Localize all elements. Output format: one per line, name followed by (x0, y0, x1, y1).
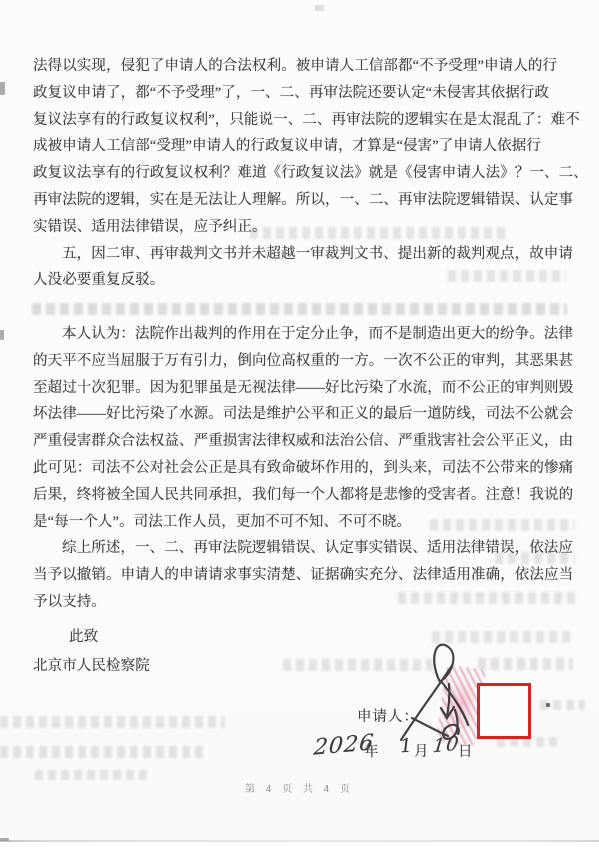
scan-edge-white (0, 842, 599, 847)
body-line: 法得以实现，侵犯了申请人的合法权利。被申请人工信部都“不予受理”申请人的行 (33, 53, 573, 80)
body-line: 五，因二审、再审裁判文书并未超越一审裁判文书、提出新的裁判观点，故申请 (33, 241, 573, 268)
bleedthrough-smudge (0, 716, 225, 728)
scanned-document-page: 法得以实现，侵犯了申请人的合法权利。被申请人工信部都“不予受理”申请人的行 政复… (0, 0, 599, 847)
body-line: 当予以撤销。申请人的申请请求事实清楚、证据确实充分、法律适用准确，依法应当 (33, 562, 573, 589)
body-line: 严重侵害群众合法权益、严重损害法律权威和法治公信、严重戕害社会公平正义，由 (33, 428, 573, 455)
body-line: 综上所述，一、二、再审法院逻辑错误、认定事实错误、适用法律错误，依法应 (33, 535, 573, 562)
body-line: 是“每一个人”。司法工作人员，更加不可不知、不可不晓。 (33, 509, 573, 536)
body-line: 此可见：司法不公对社会公正是具有致命破坏作用的，到头来，司法不公带来的惨痛 (33, 455, 573, 482)
date-line: 2026 年 1 月 10 日 (314, 731, 489, 767)
body-line: 后果，终将被全国人民共同承担，我们每一个人都将是悲惨的受害者。注意！我说的 (33, 482, 573, 509)
page-number-footer: 第 4 页 共 4 页 (0, 780, 599, 795)
body-line: 坏法律——好比污染了水源。司法是维护公平和正义的最后一道防线，司法不公就会 (33, 401, 573, 428)
scan-speck (0, 82, 5, 95)
body-line: 再审法院的逻辑，实在是无法让人理解。所以，一、二、再审法院逻辑错误、认定事 (33, 187, 573, 214)
body-line: 的天平不应当屈服于万有引力，倒向位高权重的一方。一次不公正的审判，其恶果甚 (33, 348, 573, 375)
bleedthrough-smudge (35, 770, 150, 780)
body-line: 至超过十次犯罪。因为犯罪虽是无视法律——好比污染了水流，而不公正的审判则毁 (33, 375, 573, 402)
body-line: 复议法享有的行政复议权利”，只能说一、二、再审法院的逻辑实在是太混乱了：难不 (33, 107, 573, 134)
date-day-handwritten: 10 (432, 733, 461, 758)
body-line: 政复议申请了，都“不予受理”了，一、二、再审法院还要认定“未侵害其依据行政 (33, 80, 573, 107)
bleedthrough-smudge (0, 746, 205, 758)
body-line: 实错误、适用法律错误，应予纠正。 (33, 214, 573, 241)
document-body: 法得以实现，侵犯了申请人的合法权利。被申请人工信部都“不予受理”申请人的行 政复… (33, 53, 573, 679)
body-line: 成被申请人工信部“受理”申请人的行政复议申请，才算是“侵害”了申请人依据行 (33, 133, 573, 160)
date-year-label: 年 (364, 740, 379, 761)
date-month-handwritten: 1 (399, 735, 413, 758)
body-line: 予以支持。 (33, 589, 573, 616)
scan-speck (0, 330, 4, 340)
scan-speck (546, 703, 550, 707)
body-line: 人没必要重复反驳。 (33, 267, 573, 294)
scan-speck (315, 5, 324, 11)
body-line: 本人认为：法院作出裁判的作用在于定分止争，而不是制造出更大的纷争。法律 (33, 321, 573, 348)
date-day-label: 日 (458, 740, 473, 761)
date-month-label: 月 (414, 740, 429, 761)
body-line: 政复议法享有的行政复议权利？难道《行政复议法》就是《侵害申请人法》？一、二、 (33, 160, 573, 187)
